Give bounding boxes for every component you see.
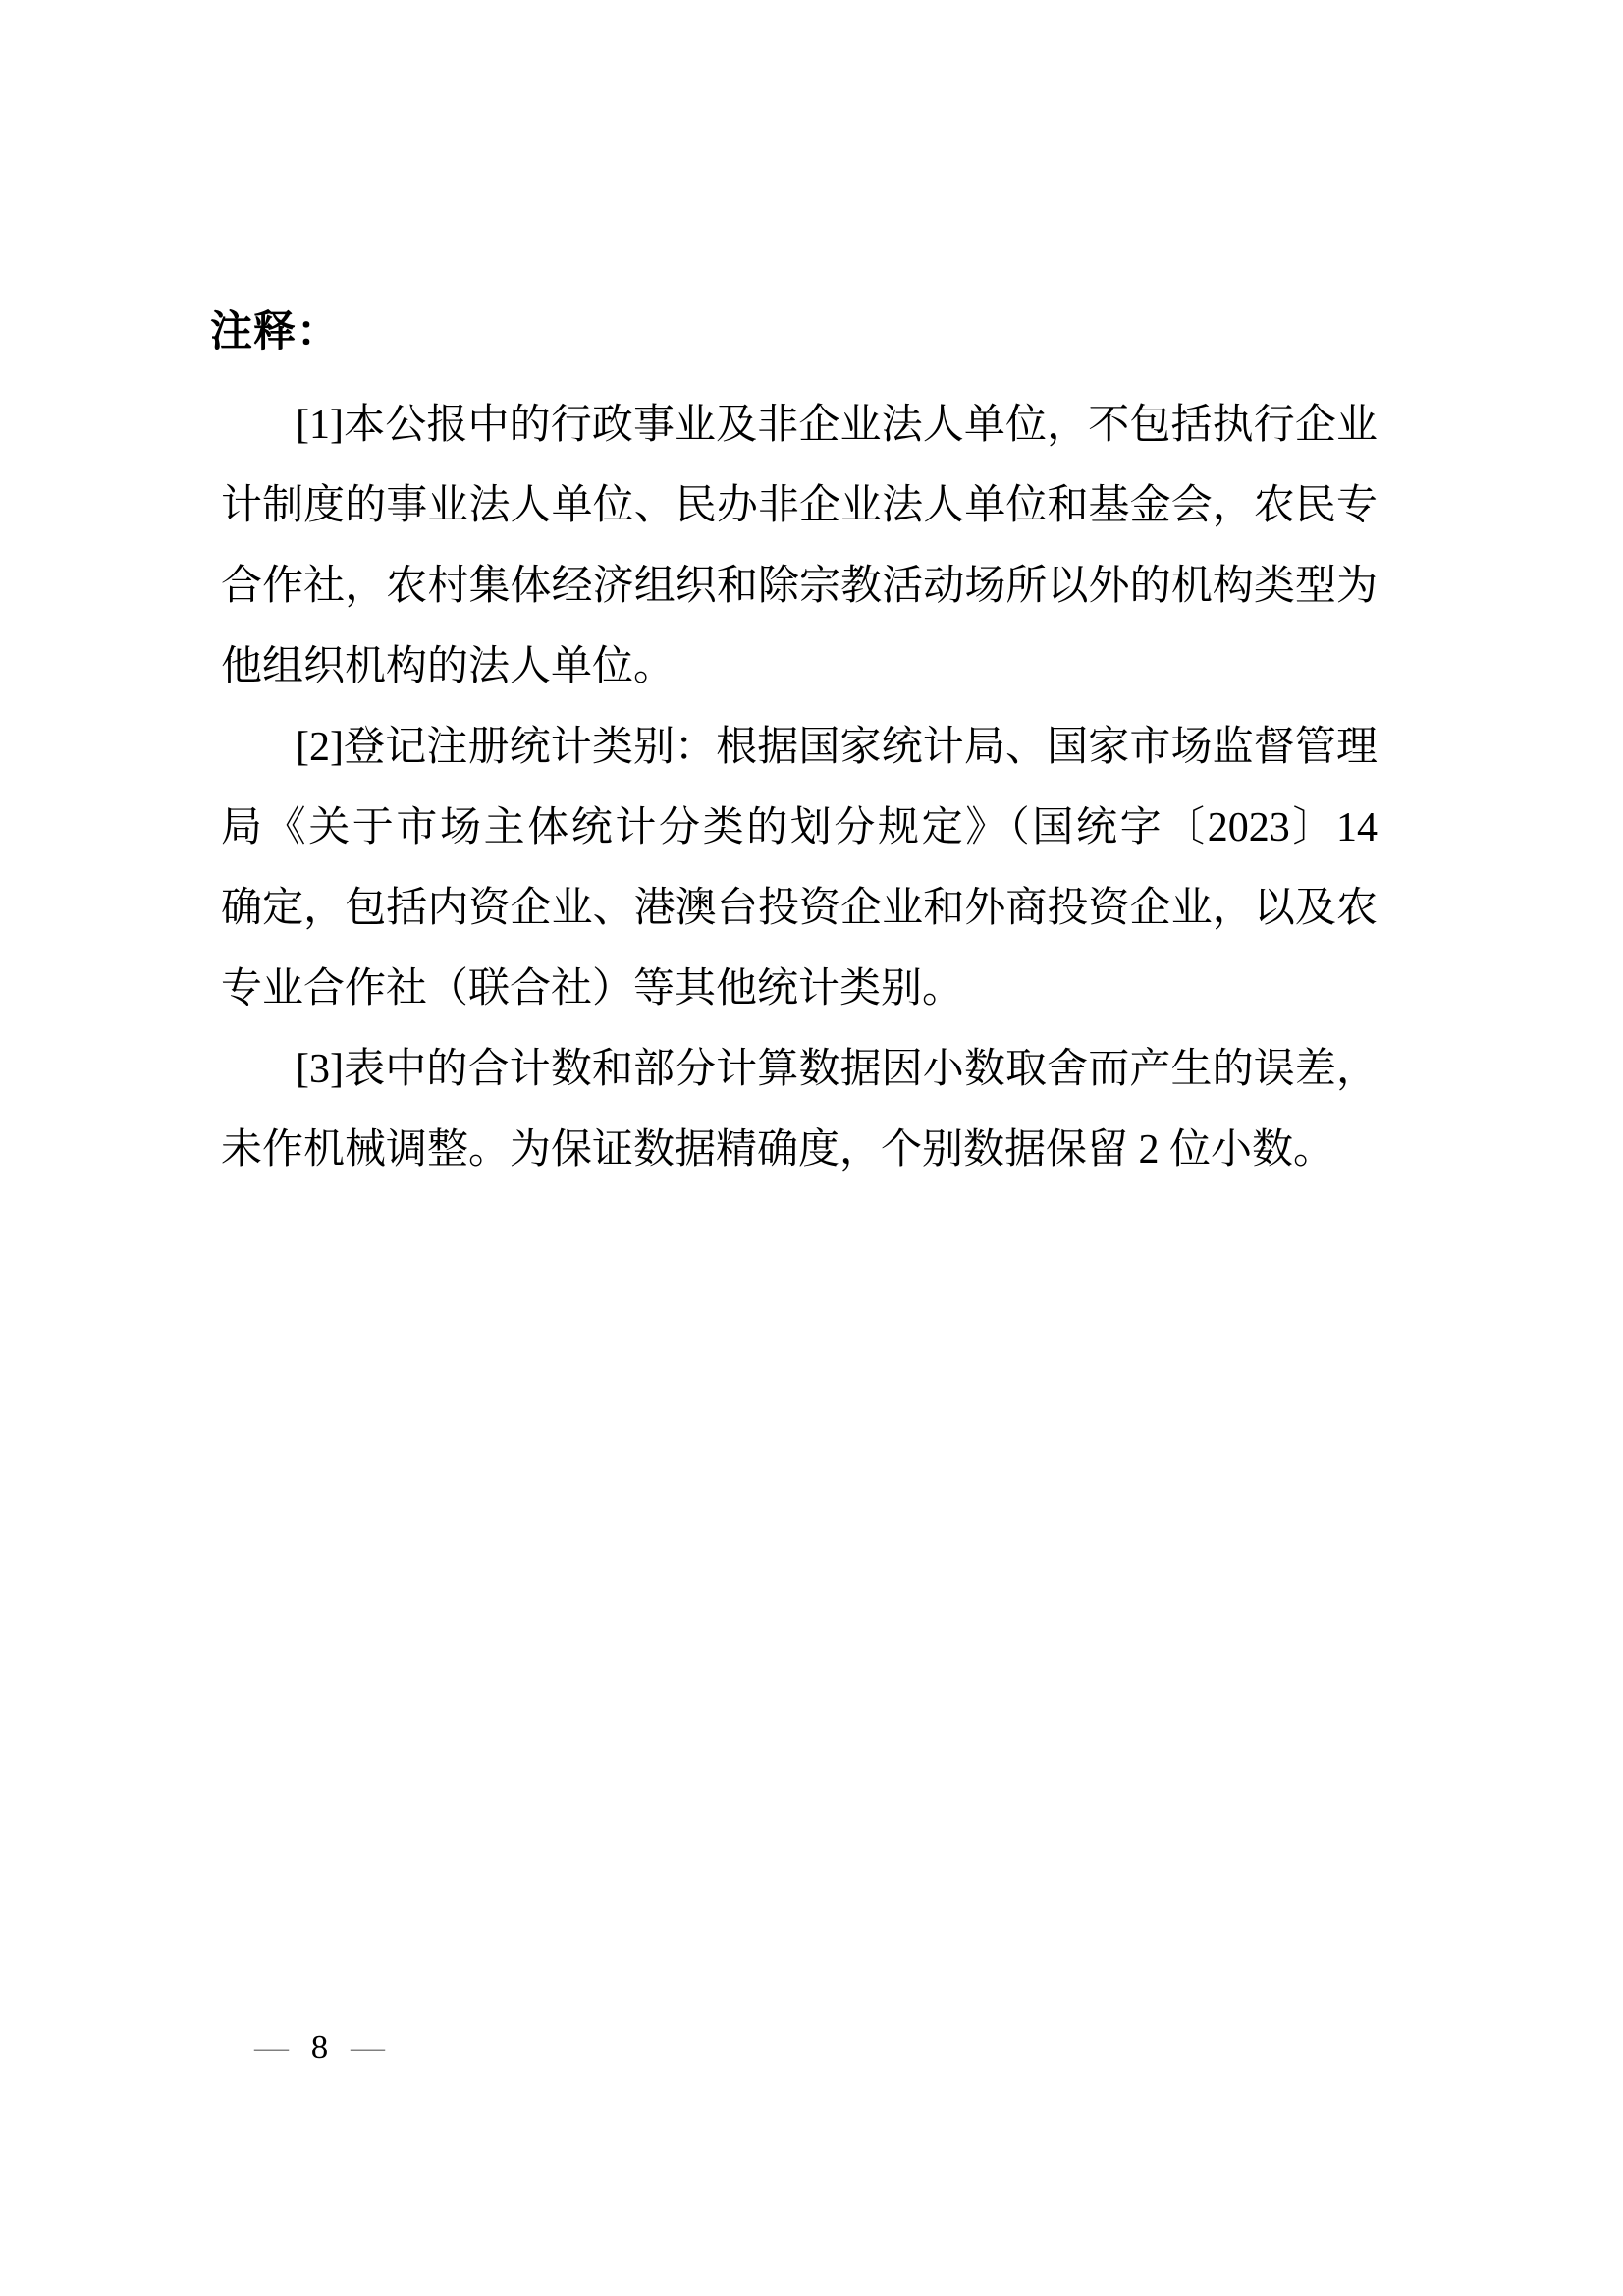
note-paragraph-1: [1]本公报中的行政事业及非企业法人单位，不包括执行企业会 计制度的事业法人单位… xyxy=(221,385,1378,707)
text-line: 合作社，农村集体经济组织和除宗教活动场所以外的机构类型为其 xyxy=(221,546,1378,627)
text-line: [2]登记注册统计类别：根据国家统计局、国家市场监督管理总 xyxy=(221,707,1378,788)
note-paragraph-3: [3]表中的合计数和部分计算数据因小数取舍而产生的误差，均 未作机械调整。为保证… xyxy=(221,1029,1378,1190)
text-line: [1]本公报中的行政事业及非企业法人单位，不包括执行企业会 xyxy=(221,385,1378,465)
notes-heading: 注释： xyxy=(210,308,340,356)
note-paragraph-2: [2]登记注册统计类别：根据国家统计局、国家市场监督管理总 局《关于市场主体统计… xyxy=(221,707,1378,1029)
notes-body: [1]本公报中的行政事业及非企业法人单位，不包括执行企业会 计制度的事业法人单位… xyxy=(221,385,1378,1190)
text-line: 计制度的事业法人单位、民办非企业法人单位和基金会，农民专业 xyxy=(221,465,1378,546)
text-line: 确定，包括内资企业、港澳台投资企业和外商投资企业，以及农民 xyxy=(221,868,1378,949)
text-line: 局《关于市场主体统计分类的划分规定》（国统字〔2023〕14 号） xyxy=(221,788,1378,868)
document-page: 注释： [1]本公报中的行政事业及非企业法人单位，不包括执行企业会 计制度的事业… xyxy=(0,0,1623,2296)
text-line: 专业合作社（联合社）等其他统计类别。 xyxy=(221,949,1378,1029)
text-line: [3]表中的合计数和部分计算数据因小数取舍而产生的误差，均 xyxy=(221,1029,1378,1110)
page-number: — 8 — xyxy=(254,2025,385,2070)
text-line: 他组织机构的法人单位。 xyxy=(221,627,1378,707)
text-line: 未作机械调整。为保证数据精确度，个别数据保留 2 位小数。 xyxy=(221,1110,1378,1190)
